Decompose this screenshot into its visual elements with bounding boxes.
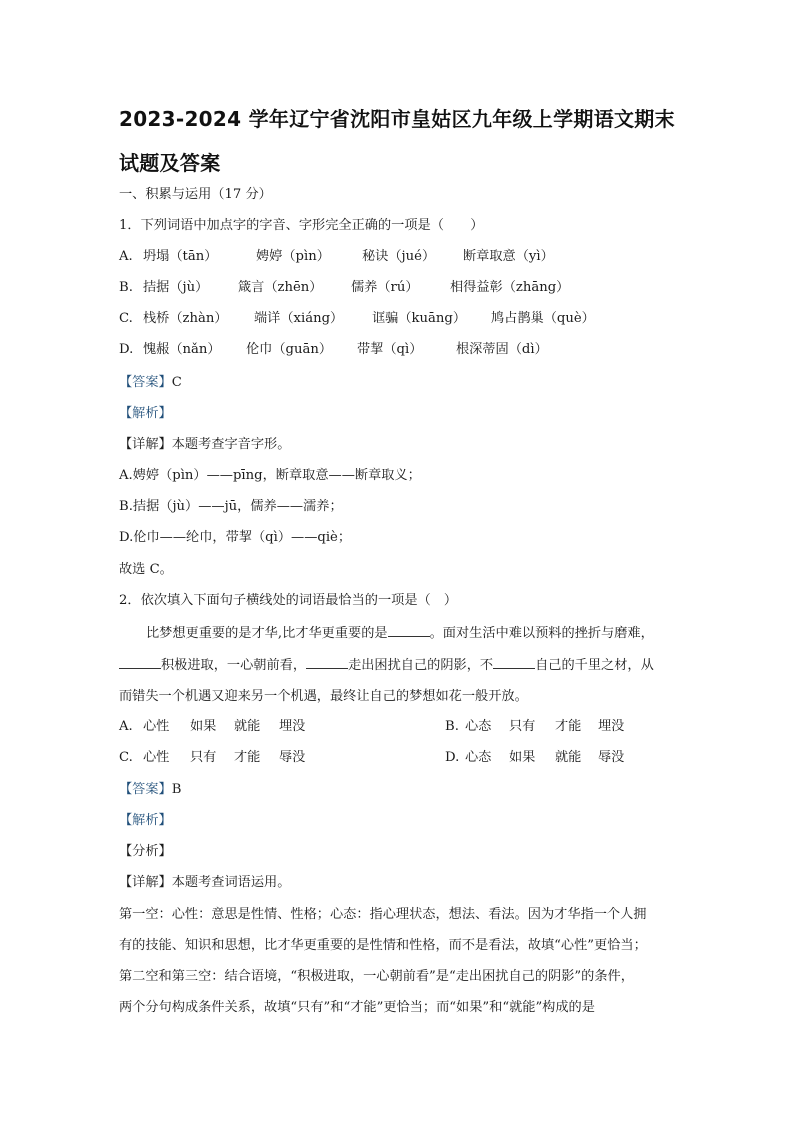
option-word: 辱没: [279, 749, 305, 767]
option-word: 才能: [234, 749, 260, 767]
option-item: 根深蒂固（dì）: [456, 341, 548, 359]
option-item: 儒养（rú）: [351, 279, 419, 297]
option-word: 心性: [143, 718, 169, 736]
fill-blank-4: [493, 656, 535, 669]
fill-blank-2: [119, 656, 161, 669]
option-word: 只有: [509, 718, 535, 736]
option-item: 秘诀（jué）: [362, 248, 435, 266]
q2-stem: 2．依次填入下面句子横线处的词语最恰当的一项是（ ）: [119, 592, 457, 610]
option-d: D. 心态 如果 就能 辱没: [445, 749, 459, 767]
option-item: 诓骗（kuāng）: [372, 310, 466, 328]
q2-detail: 【详解】本题考查词语运用。: [119, 874, 290, 892]
q1-detail: 【详解】本题考查字音字形。: [119, 436, 290, 454]
section-heading: 一、积累与运用（17 分）: [119, 186, 272, 204]
passage-text: 自己的千里之材，从: [535, 658, 654, 673]
option-label: A.: [119, 719, 133, 734]
answer-value: B: [172, 782, 182, 797]
option-label: C.: [119, 311, 133, 326]
option-a: A. 心性 如果 就能 埋没: [119, 719, 133, 734]
option-item: 坍塌（tān）: [143, 248, 217, 266]
option-word: 埋没: [598, 718, 624, 736]
option-item: 端详（xiáng）: [254, 310, 343, 328]
option-word: 心性: [143, 749, 169, 767]
detail-text: 本题考查字音字形。: [172, 437, 291, 452]
option-item: 箴言（zhēn）: [238, 279, 323, 297]
passage-text: 比梦想更重要的是才华,比才华更重要的是: [146, 626, 388, 641]
answer-tag: 【答案】: [119, 375, 172, 390]
option-word: 埋没: [279, 718, 305, 736]
option-word: 才能: [555, 718, 581, 736]
option-item: 鸠占鹊巢（què）: [491, 310, 595, 328]
option-item: 断章取意（yì）: [463, 248, 554, 266]
option-word: 就能: [234, 718, 260, 736]
passage-text: 。面对生活中难以预料的挫折与磨难，: [430, 626, 654, 641]
q2-fenxi-tag: 【分析】: [119, 843, 172, 861]
option-item: 拮据（jù）: [143, 279, 208, 297]
option-word: 心态: [465, 749, 491, 767]
option-label: B.: [445, 719, 459, 734]
document-title-line2: 试题及答案: [119, 147, 221, 176]
option-label: B.: [119, 280, 133, 295]
option-word: 就能: [555, 749, 581, 767]
option-item: 愧赧（nǎn）: [143, 341, 221, 359]
option-item: 娉婷（pìn）: [256, 248, 330, 266]
q1-option-b: B. 拮据（jù） 箴言（zhēn） 儒养（rú） 相得益彰（zhāng）: [119, 279, 133, 297]
q1-explanation: A.娉婷（pìn）——pīng，断章取意——断章取义；: [119, 467, 421, 485]
q1-analysis-tag: 【解析】: [119, 405, 172, 423]
q2-answer: 【答案】B: [119, 781, 181, 799]
option-item: 带挈（qì）: [357, 341, 422, 359]
fill-blank-1: [388, 624, 430, 637]
q2-explanation: 第二空和第三空：结合语境，“积极进取，一心朝前看”是“走出困扰自己的阴影”的条件…: [119, 968, 634, 986]
document-title-line1: 2023-2024 学年辽宁省沈阳市皇姑区九年级上学期语文期末: [119, 103, 675, 132]
q2-explanation: 第一空：心性：意思是性情、性格；心态：指心理状态，想法、看法。因为才华指一个人拥: [119, 906, 647, 924]
answer-value: C: [172, 375, 182, 390]
option-word: 如果: [190, 718, 216, 736]
option-c: C. 心性 只有 才能 辱没: [119, 750, 133, 765]
option-item: 相得益彰（zhāng）: [450, 279, 569, 297]
passage-text: 走出困扰自己的阴影，不: [348, 658, 493, 673]
option-label: D.: [445, 750, 459, 765]
q2-passage-line1: 比梦想更重要的是才华,比才华更重要的是。面对生活中难以预料的挫折与磨难，: [119, 624, 654, 643]
detail-tag: 【详解】: [119, 437, 172, 452]
q1-answer: 【答案】C: [119, 374, 182, 392]
q2-options-row2: C. 心性 只有 才能 辱没 D. 心态 如果 就能 辱没: [119, 749, 679, 767]
q2-passage-line2: 积极进取，一心朝前看，走出困扰自己的阴影，不自己的千里之材，从: [119, 656, 654, 675]
q1-conclusion: 故选 C。: [119, 561, 173, 579]
option-label: C.: [119, 750, 133, 765]
q1-option-a: A. 坍塌（tān） 娉婷（pìn） 秘诀（jué） 断章取意（yì）: [119, 248, 133, 266]
option-label: D.: [119, 342, 133, 357]
option-b: B. 心态 只有 才能 埋没: [445, 718, 459, 736]
q1-explanation: B.拮据（jù）——jū，儒养——濡养；: [119, 498, 343, 516]
option-word: 心态: [465, 718, 491, 736]
q1-stem: 1．下列词语中加点字的字音、字形完全正确的一项是（ ）: [119, 217, 483, 235]
option-item: 栈桥（zhàn）: [143, 310, 228, 328]
option-label: A.: [119, 249, 133, 264]
q2-explanation: 两个分句构成条件关系，故填“只有”和“才能”更恰当；而“如果”和“就能”构成的是: [119, 999, 595, 1017]
answer-tag: 【答案】: [119, 782, 172, 797]
option-item: 伦巾（guān）: [246, 341, 332, 359]
q2-analysis-tag: 【解析】: [119, 812, 172, 830]
detail-text: 本题考查词语运用。: [172, 875, 291, 890]
detail-tag: 【详解】: [119, 875, 172, 890]
option-word: 只有: [190, 749, 216, 767]
q1-option-d: D. 愧赧（nǎn） 伦巾（guān） 带挈（qì） 根深蒂固（dì）: [119, 341, 133, 359]
option-word: 辱没: [598, 749, 624, 767]
q2-explanation: 有的技能、知识和思想，比才华更重要的是性情和性格，而不是看法，故填“心性”更恰当…: [119, 937, 647, 955]
option-word: 如果: [509, 749, 535, 767]
q2-options-row1: A. 心性 如果 就能 埋没 B. 心态 只有 才能 埋没: [119, 718, 679, 736]
q1-option-c: C. 栈桥（zhàn） 端详（xiáng） 诓骗（kuāng） 鸠占鹊巢（què…: [119, 310, 133, 328]
q2-passage-line3: 而错失一个机遇又迎来另一个机遇，最终让自己的梦想如花一般开放。: [119, 688, 528, 706]
q1-explanation: D.伦巾——纶巾，带挈（qì）——qiè；: [119, 529, 351, 547]
passage-text: 积极进取，一心朝前看，: [161, 658, 306, 673]
fill-blank-3: [306, 656, 348, 669]
